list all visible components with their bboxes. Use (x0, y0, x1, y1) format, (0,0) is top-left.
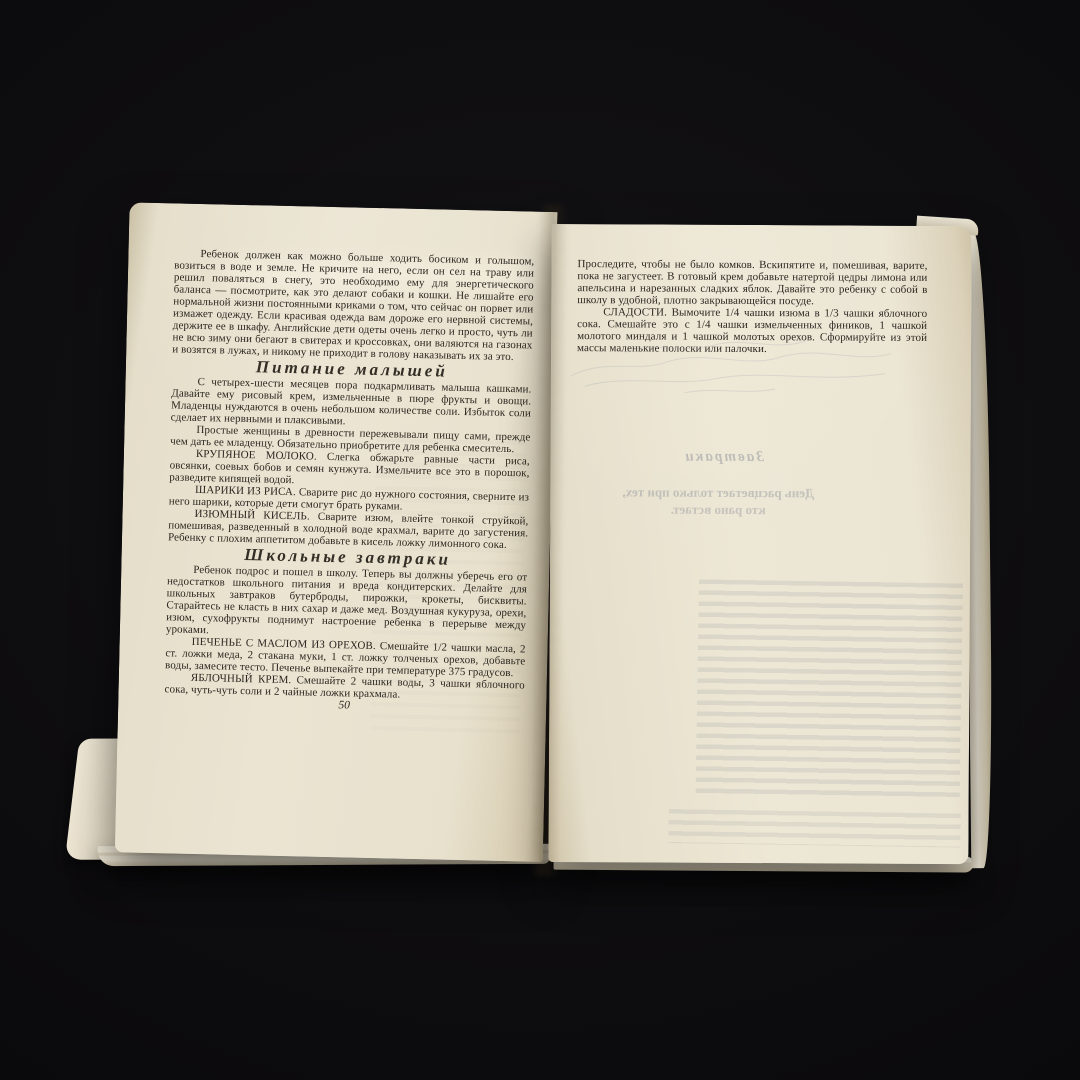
ghost-text-block (668, 809, 960, 848)
ghost-illustration (565, 328, 899, 400)
ghost-epigraph-line1: День расцветает только при тех, (604, 484, 832, 501)
photo-background: Ребенок должен как можно больше ходить б… (0, 0, 1080, 1080)
open-book: Ребенок должен как можно больше ходить б… (67, 189, 1017, 902)
paragraph: Ребенок подрос и пошел в школу. Теперь в… (166, 563, 528, 643)
left-page-text: Ребенок должен как можно больше ходить б… (164, 247, 534, 715)
right-page: Проследите, чтобы не было комков. Вскипя… (548, 224, 971, 864)
paragraph: Ребенок должен как можно больше ходить б… (172, 247, 534, 363)
ghost-heading: Завтраки (638, 448, 808, 466)
ghost-text-block (696, 579, 963, 797)
left-page: Ребенок должен как можно больше ходить б… (115, 202, 558, 862)
paragraph: С четырех-шести месяцев пора подкармлива… (171, 375, 532, 431)
paragraph: Проследите, чтобы не было комков. Вскипя… (577, 258, 927, 308)
ghost-epigraph-line2: кто рано встает. (604, 501, 832, 518)
